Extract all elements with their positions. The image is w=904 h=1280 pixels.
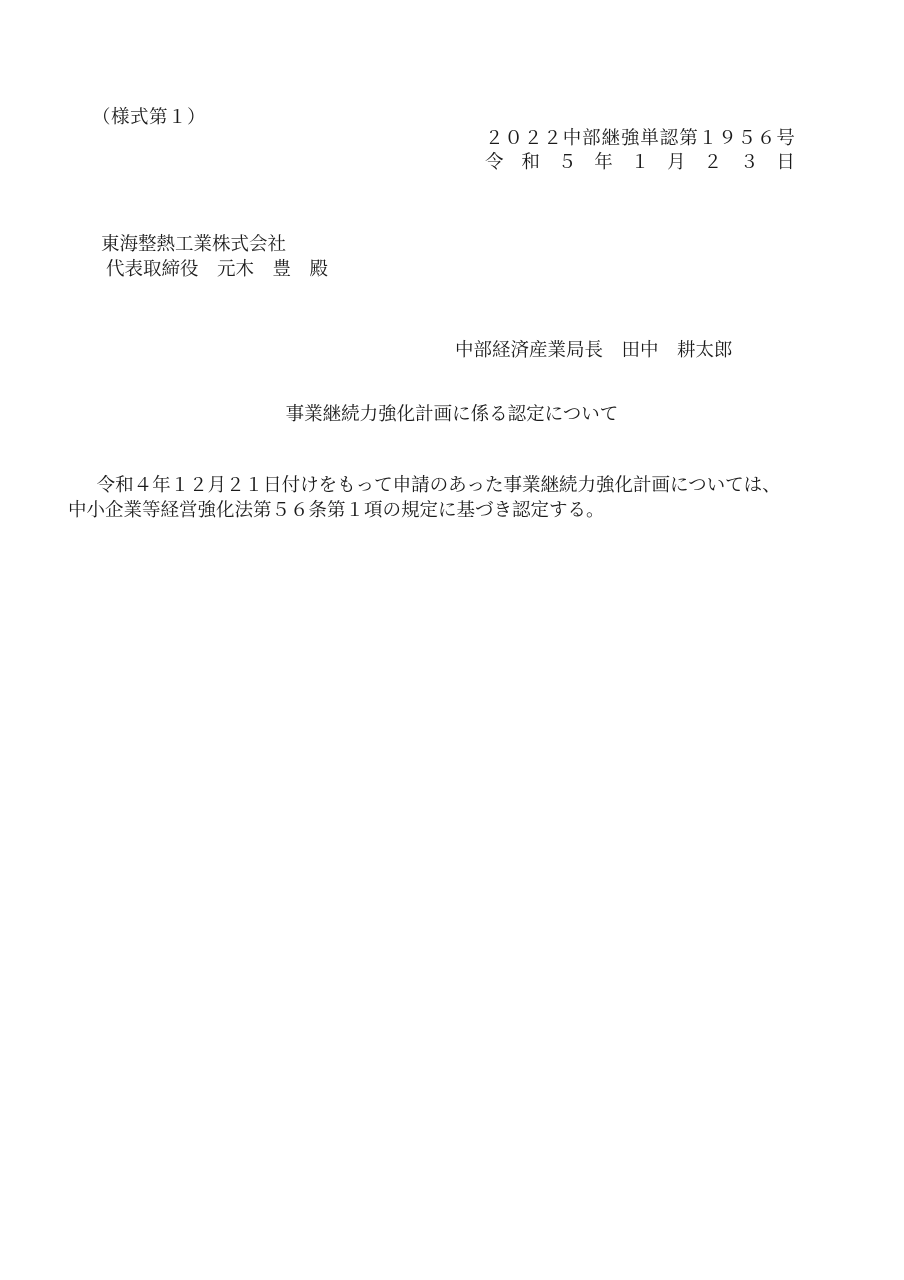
document-title: 事業継続力強化計画に係る認定について (0, 400, 904, 426)
document-number: ２０２２中部継強単認第１９５６号 (485, 126, 795, 150)
form-number-label: （様式第１） (92, 103, 206, 129)
document-page: （様式第１） ２０２２中部継強単認第１９５６号 令和５年１月２３日 東海整熱工業… (0, 0, 904, 1280)
issue-date: 令和５年１月２３日 (485, 150, 795, 174)
body-paragraph: 令和４年１２月２１日付けをもって申請のあった事業継続力強化計画については、 中小… (68, 473, 860, 522)
body-line-1: 令和４年１２月２１日付けをもって申請のあった事業継続力強化計画については、 (68, 473, 860, 498)
recipient-block: 東海整熱工業株式会社 代表取締役 元木 豊 殿 (101, 232, 328, 281)
recipient-representative-line: 代表取締役 元木 豊 殿 (101, 257, 328, 282)
body-line-2: 中小企業等経営強化法第５６条第１項の規定に基づき認定する。 (68, 498, 860, 523)
recipient-company-name: 東海整熱工業株式会社 (101, 232, 328, 257)
document-header-block: ２０２２中部継強単認第１９５６号 令和５年１月２３日 (485, 126, 795, 174)
issuer-name-line: 中部経済産業局長 田中 耕太郎 (455, 336, 733, 362)
